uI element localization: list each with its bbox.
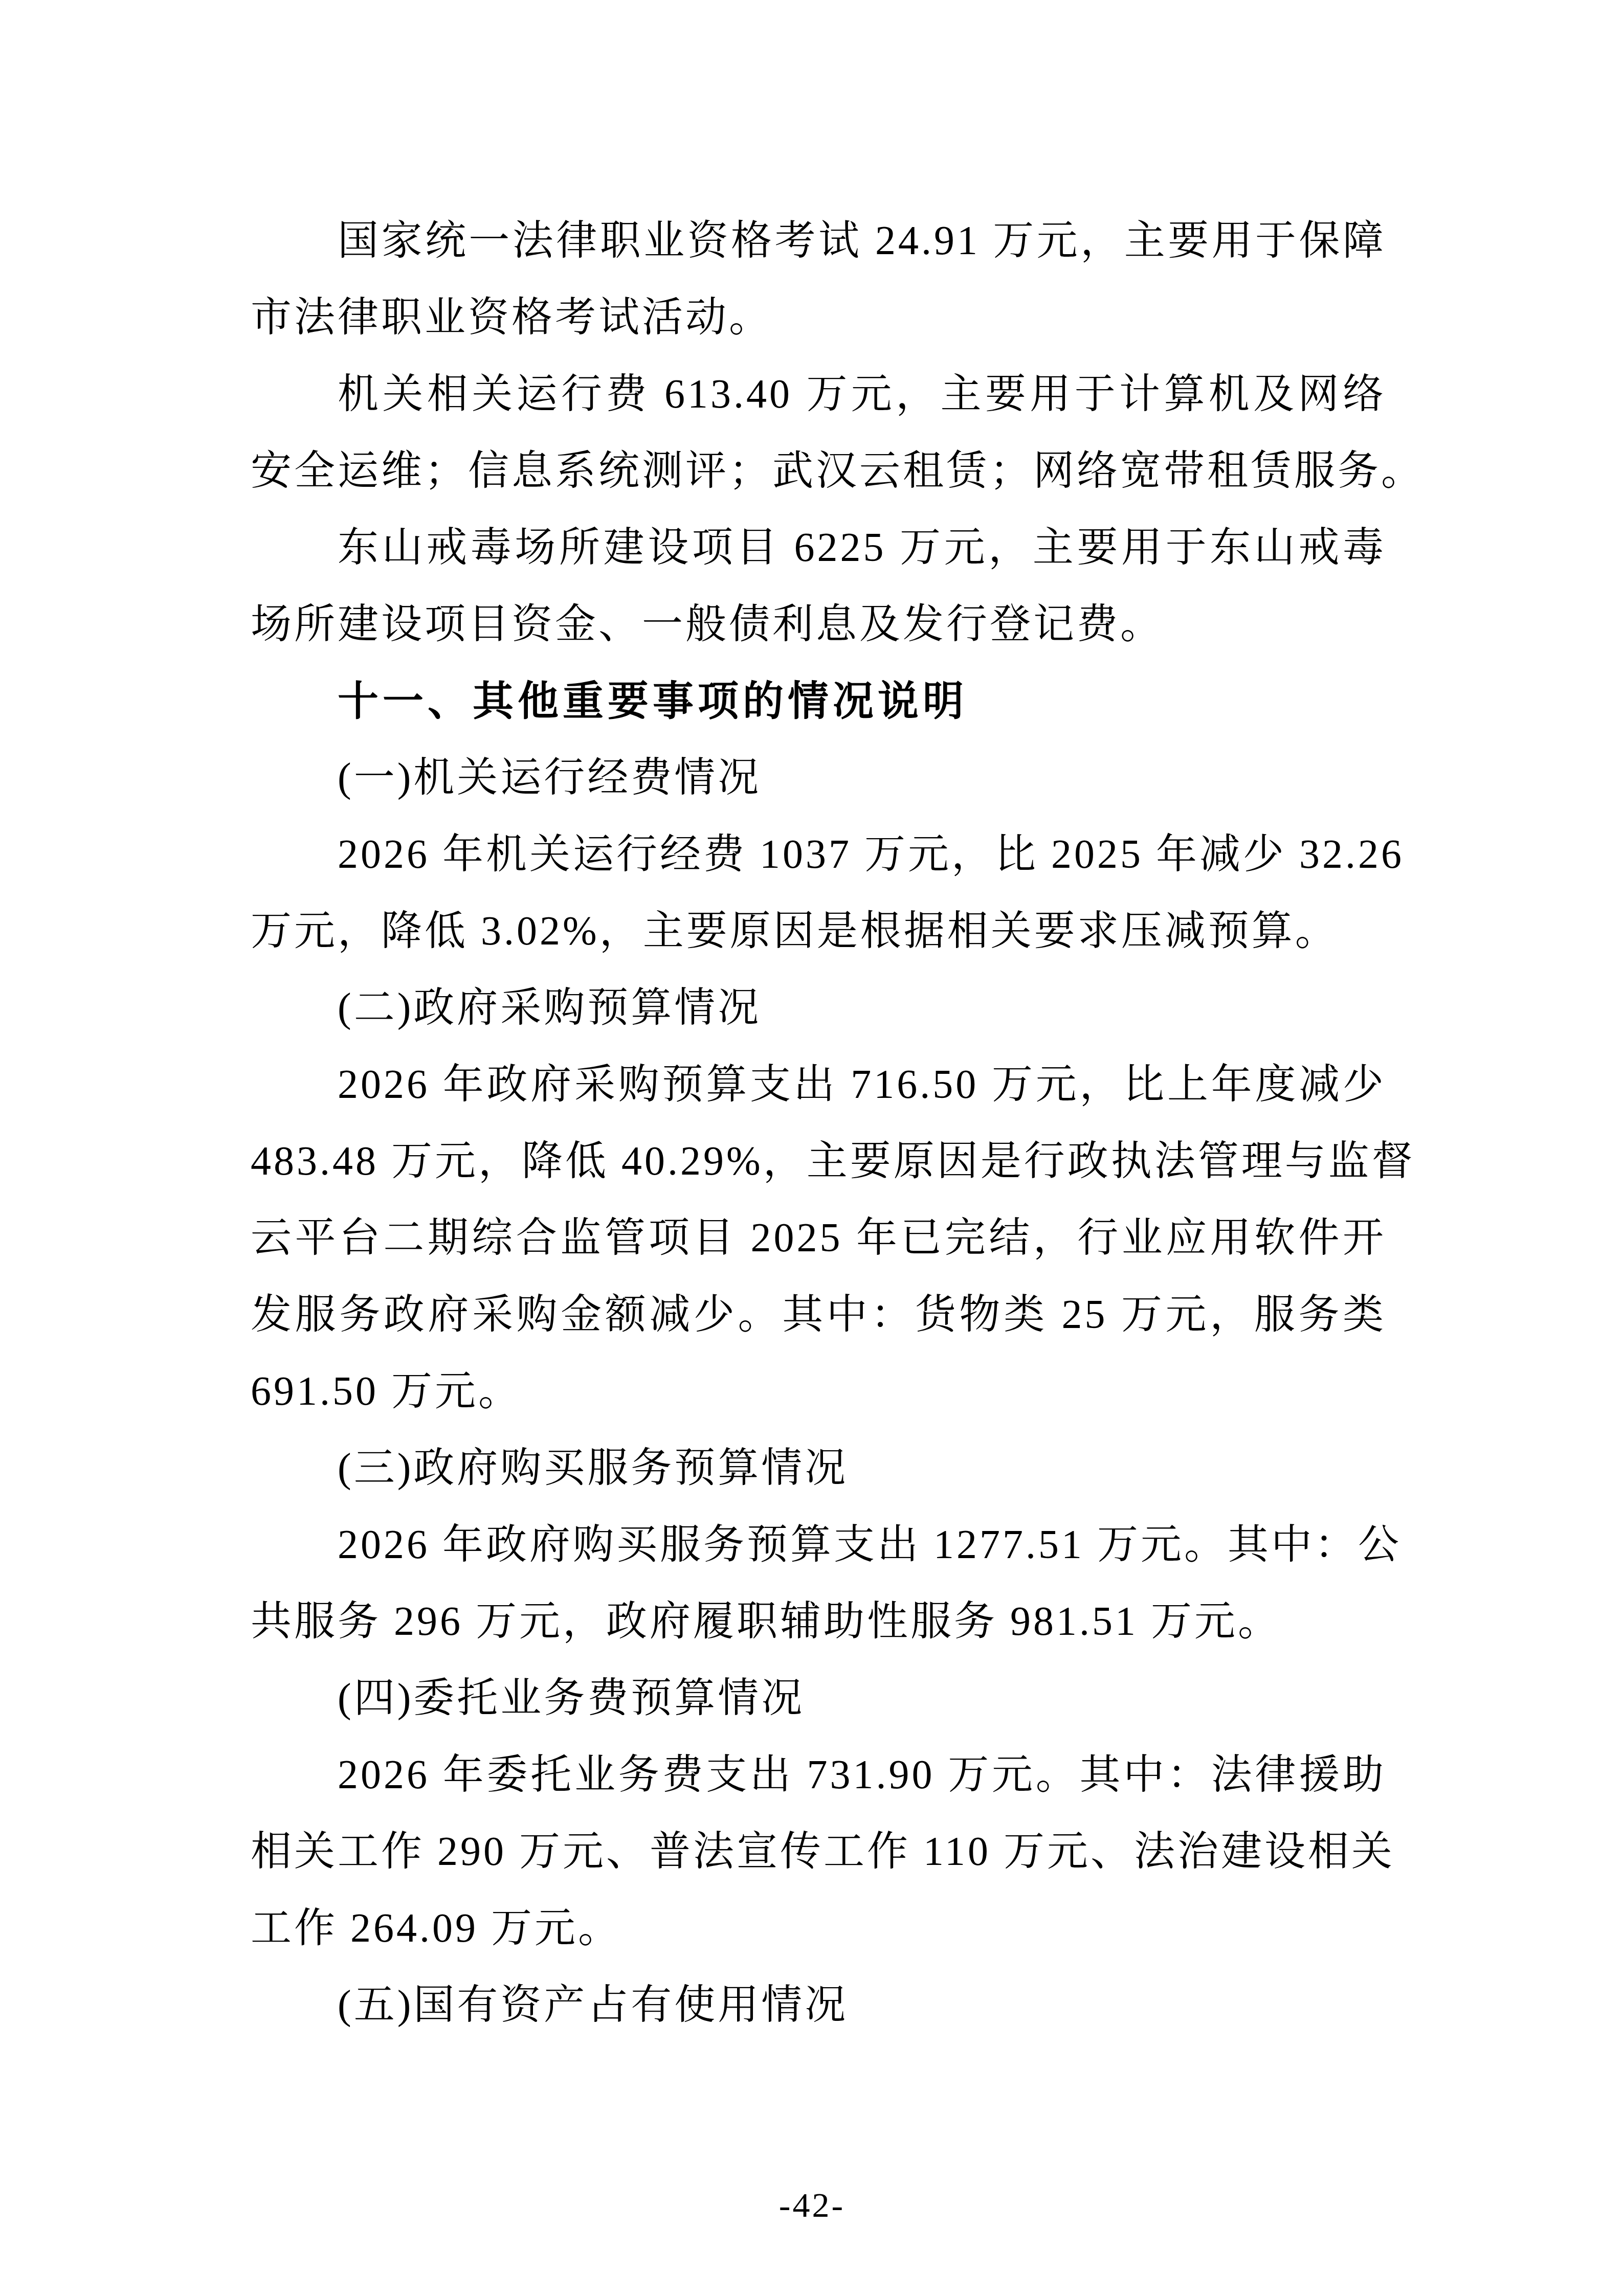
text-line: 十一、其他重要事项的情况说明 [251,663,1386,739]
page-number: -42- [0,2185,1624,2225]
text-line: 共服务 296 万元，政府履职辅助性服务 981.51 万元。 [251,1583,1386,1660]
text-line: 工作 264.09 万元。 [251,1890,1386,1967]
text-line: 万元，降低 3.02%，主要原因是根据相关要求压减预算。 [251,893,1386,970]
text-line: 2026 年政府购买服务预算支出 1277.51 万元。其中：公 [251,1506,1386,1583]
text-line: 机关相关运行费 613.40 万元，主要用于计算机及网络 [251,356,1386,433]
text-line: (一)机关运行经费情况 [251,739,1386,816]
text-line: 相关工作 290 万元、普法宣传工作 110 万元、法治建设相关 [251,1813,1386,1890]
text-line: (四)委托业务费预算情况 [251,1660,1386,1737]
text-line: 2026 年机关运行经费 1037 万元，比 2025 年减少 32.26 [251,816,1386,893]
text-line: 东山戒毒场所建设项目 6225 万元，主要用于东山戒毒 [251,509,1386,586]
text-line: (五)国有资产占有使用情况 [251,1967,1386,2043]
text-line: (三)政府购买服务预算情况 [251,1430,1386,1506]
text-line: 国家统一法律职业资格考试 24.91 万元，主要用于保障 [251,202,1386,279]
document-page: 国家统一法律职业资格考试 24.91 万元，主要用于保障市法律职业资格考试活动。… [0,0,1624,2296]
text-line: 483.48 万元，降低 40.29%，主要原因是行政执法管理与监督 [251,1123,1386,1200]
text-line: 场所建设项目资金、一般债利息及发行登记费。 [251,586,1386,663]
text-line: 安全运维；信息系统测评；武汉云租赁；网络宽带租赁服务。 [251,433,1386,509]
text-line: 691.50 万元。 [251,1353,1386,1430]
text-line: 市法律职业资格考试活动。 [251,279,1386,356]
body-text: 国家统一法律职业资格考试 24.91 万元，主要用于保障市法律职业资格考试活动。… [251,202,1386,2043]
text-line: 云平台二期综合监管项目 2025 年已完结，行业应用软件开 [251,1200,1386,1276]
text-line: 2026 年政府采购预算支出 716.50 万元，比上年度减少 [251,1046,1386,1123]
text-line: 发服务政府采购金额减少。其中：货物类 25 万元，服务类 [251,1276,1386,1353]
text-line: 2026 年委托业务费支出 731.90 万元。其中：法律援助 [251,1737,1386,1813]
text-line: (二)政府采购预算情况 [251,970,1386,1046]
